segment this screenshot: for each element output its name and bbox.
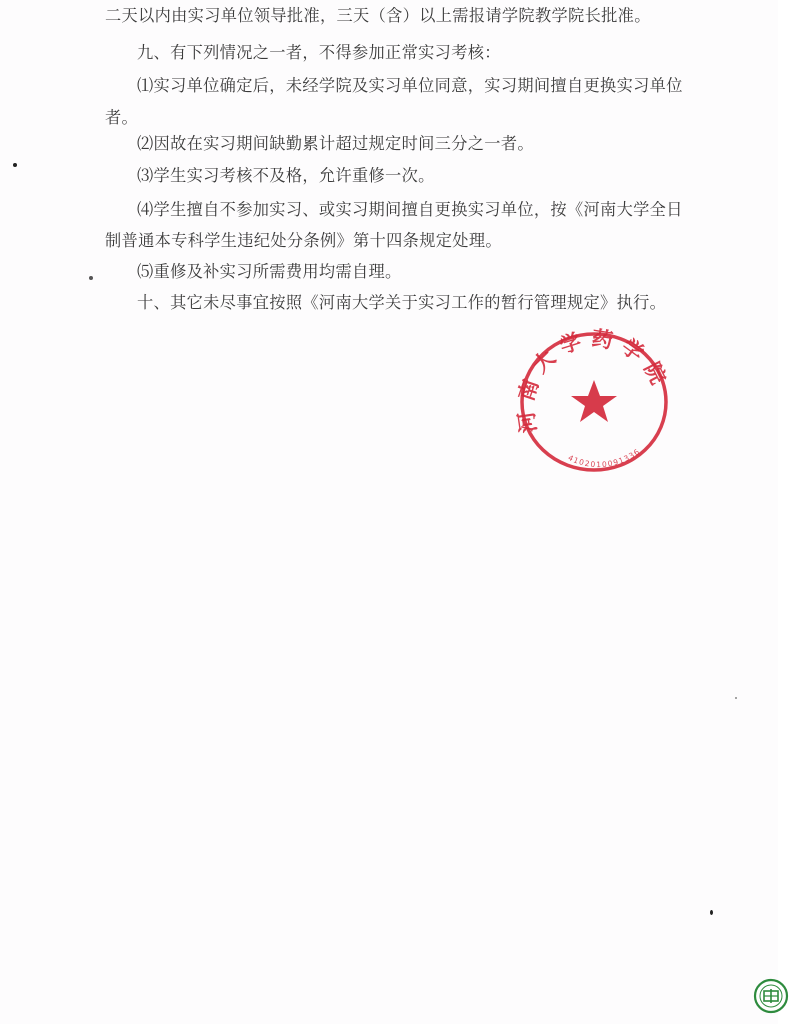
item-3: ⑶学生实习考核不及格，允许重修一次。 [137, 166, 435, 186]
page-edge [778, 0, 800, 1024]
item-1-line-2: 者。 [105, 108, 138, 128]
scan-speck [710, 910, 713, 915]
seal-graphic: 河南大学药学院 4102010091336 [514, 328, 674, 478]
item-5: ⑸重修及补实习所需费用均需自理。 [137, 262, 402, 282]
item-4-line-1: ⑷学生擅自不参加实习、或实习期间擅自更换实习单位，按《河南大学全日 [137, 200, 683, 220]
scan-speck [89, 276, 93, 280]
seal-number: 4102010091336 [567, 447, 642, 470]
section-nine-heading: 九、有下列情况之一者，不得参加正常实习考核： [137, 43, 501, 63]
star-icon [571, 380, 617, 422]
scan-speck [735, 697, 737, 699]
item-2: ⑵因故在实习期间缺勤累计超过规定时间三分之一者。 [137, 134, 534, 154]
university-emblem-icon [753, 978, 789, 1014]
item-4-line-2: 制普通本专科学生违纪处分条例》第十四条规定处理。 [105, 231, 502, 251]
official-seal: 河南大学药学院 4102010091336 [514, 328, 674, 478]
section-ten: 十、其它未尽事宜按照《河南大学关于实习工作的暂行管理规定》执行。 [137, 293, 666, 313]
item-1-line-1: ⑴实习单位确定后，未经学院及实习单位同意，实习期间擅自更换实习单位 [137, 76, 683, 96]
paragraph-line-1: 二天以内由实习单位领导批准，三天（含）以上需报请学院教学院长批准。 [105, 6, 651, 26]
scan-speck [13, 163, 17, 167]
